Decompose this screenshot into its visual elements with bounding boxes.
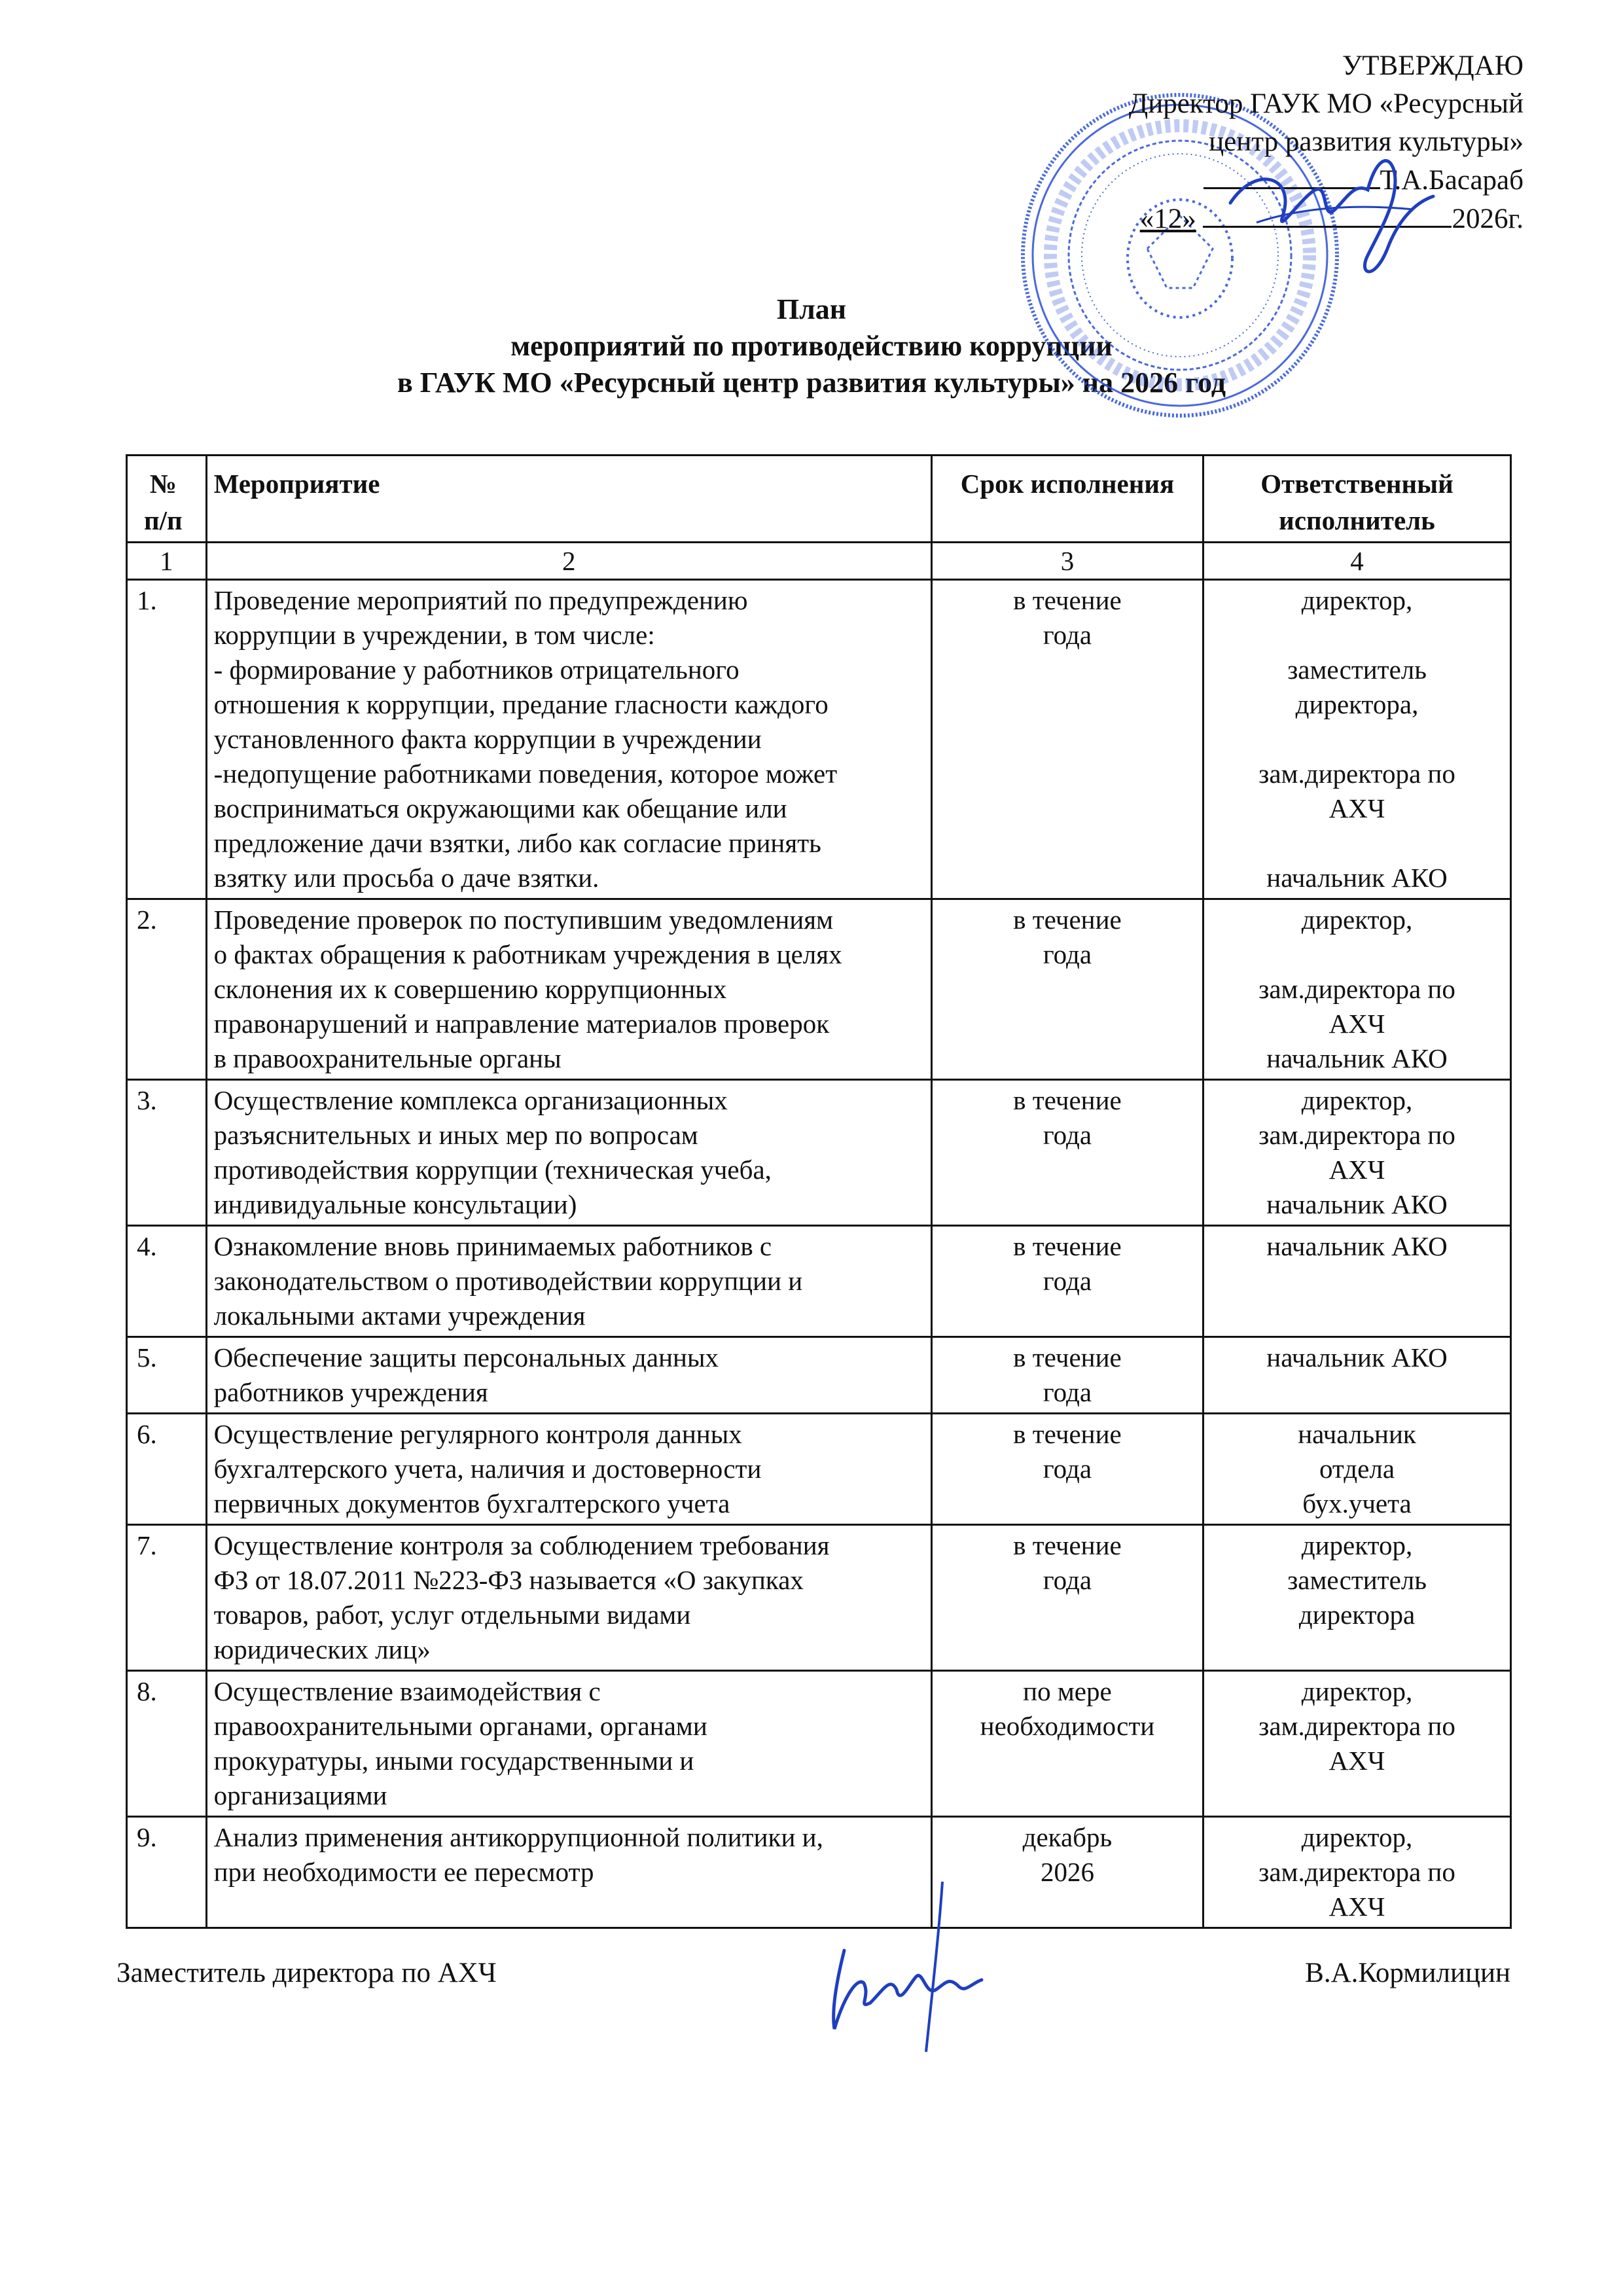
deadline-cell: в течениегода <box>931 1414 1203 1525</box>
row-number: 1. <box>127 580 207 899</box>
row-number: 3. <box>127 1080 207 1226</box>
row-number: 8. <box>127 1671 207 1817</box>
event-cell: Осуществление комплекса организационныхр… <box>206 1080 931 1226</box>
approval-date-day: «12» <box>1140 204 1196 234</box>
row-number: 9. <box>127 1817 207 1928</box>
header-responsible: Ответственный исполнитель <box>1204 456 1511 543</box>
handwritten-signature-icon <box>1217 124 1453 301</box>
responsible-cell: директор,зам.директора поАХЧ <box>1204 1671 1511 1817</box>
deadline-cell: в течениегода <box>931 1337 1203 1414</box>
signer-name: В.А.Кормилицин <box>1305 1957 1510 1989</box>
responsible-cell: директор,зам.директора поАХЧначальник АК… <box>1204 899 1511 1080</box>
title-line3: в ГАУК МО «Ресурсный центр развития куль… <box>0 365 1623 401</box>
responsible-cell: директор,зам.директора поАХЧ <box>1204 1817 1511 1928</box>
table-row: 2.Проведение проверок по поступившим уве… <box>127 899 1511 1080</box>
event-cell: Осуществление взаимодействия справоохран… <box>206 1671 931 1817</box>
anticorruption-plan-table: № п/п Мероприятие Срок исполнения Ответс… <box>126 454 1512 1929</box>
document-title: План мероприятий по противодействию корр… <box>0 291 1623 401</box>
column-number: 1 <box>127 543 207 580</box>
signer-signature <box>818 1878 1067 2055</box>
event-cell: Ознакомление вновь принимаемых работнико… <box>206 1226 931 1337</box>
table-header-row: № п/п Мероприятие Срок исполнения Ответс… <box>127 456 1511 543</box>
header-deadline: Срок исполнения <box>931 456 1203 543</box>
deadline-cell: в течениегода <box>931 1525 1203 1671</box>
responsible-cell: директор,заместительдиректора,зам.директ… <box>1204 580 1511 899</box>
row-number: 7. <box>127 1525 207 1671</box>
column-number-row: 1 2 3 4 <box>127 543 1511 580</box>
deadline-cell: в течениегода <box>931 899 1203 1080</box>
responsible-cell: начальник АКО <box>1204 1226 1511 1337</box>
column-number: 2 <box>206 543 931 580</box>
responsible-cell: директор,заместительдиректора <box>1204 1525 1511 1671</box>
event-cell: Обеспечение защиты персональных данныхра… <box>206 1337 931 1414</box>
event-cell: Осуществление регулярного контроля данны… <box>206 1414 931 1525</box>
column-number: 4 <box>1204 543 1511 580</box>
row-number: 4. <box>127 1226 207 1337</box>
approval-heading: УТВЕРЖДАЮ <box>961 47 1524 85</box>
responsible-cell: директор,зам.директора поАХЧначальник АК… <box>1204 1080 1511 1226</box>
event-cell: Проведение проверок по поступившим уведо… <box>206 899 931 1080</box>
row-number: 2. <box>127 899 207 1080</box>
deadline-cell: в течениегода <box>931 1080 1203 1226</box>
table-row: 8.Осуществление взаимодействия справоохр… <box>127 1671 1511 1817</box>
table-body: 1.Проведение мероприятий по предупрежден… <box>127 580 1511 1928</box>
event-cell: Осуществление контроля за соблюдением тр… <box>206 1525 931 1671</box>
responsible-cell: начальникотделабух.учета <box>1204 1414 1511 1525</box>
column-number: 3 <box>931 543 1203 580</box>
deadline-cell: в течениегода <box>931 1226 1203 1337</box>
responsible-cell: начальник АКО <box>1204 1337 1511 1414</box>
table-row: 1.Проведение мероприятий по предупрежден… <box>127 580 1511 899</box>
approval-position-line1: Директор ГАУК МО «Ресурсный <box>961 85 1524 123</box>
deadline-cell: по меренеобходимости <box>931 1671 1203 1817</box>
table-row: 6.Осуществление регулярного контроля дан… <box>127 1414 1511 1525</box>
approval-date-year: 2026г. <box>1452 204 1524 234</box>
approver-signature <box>1217 124 1453 301</box>
row-number: 6. <box>127 1414 207 1525</box>
table-row: 7.Осуществление контроля за соблюдением … <box>127 1525 1511 1671</box>
deadline-cell: в течениегода <box>931 580 1203 899</box>
title-line2: мероприятий по противодействию коррупции <box>0 328 1623 365</box>
header-event: Мероприятие <box>206 456 931 543</box>
table-row: 4.Ознакомление вновь принимаемых работни… <box>127 1226 1511 1337</box>
table-row: 5.Обеспечение защиты персональных данных… <box>127 1337 1511 1414</box>
header-number: № п/п <box>127 456 207 543</box>
table-row: 3.Осуществление комплекса организационны… <box>127 1080 1511 1226</box>
event-cell: Проведение мероприятий по предупреждению… <box>206 580 931 899</box>
handwritten-signature-icon <box>818 1878 1067 2055</box>
signer-position: Заместитель директора по АХЧ <box>116 1957 497 1989</box>
row-number: 5. <box>127 1337 207 1414</box>
